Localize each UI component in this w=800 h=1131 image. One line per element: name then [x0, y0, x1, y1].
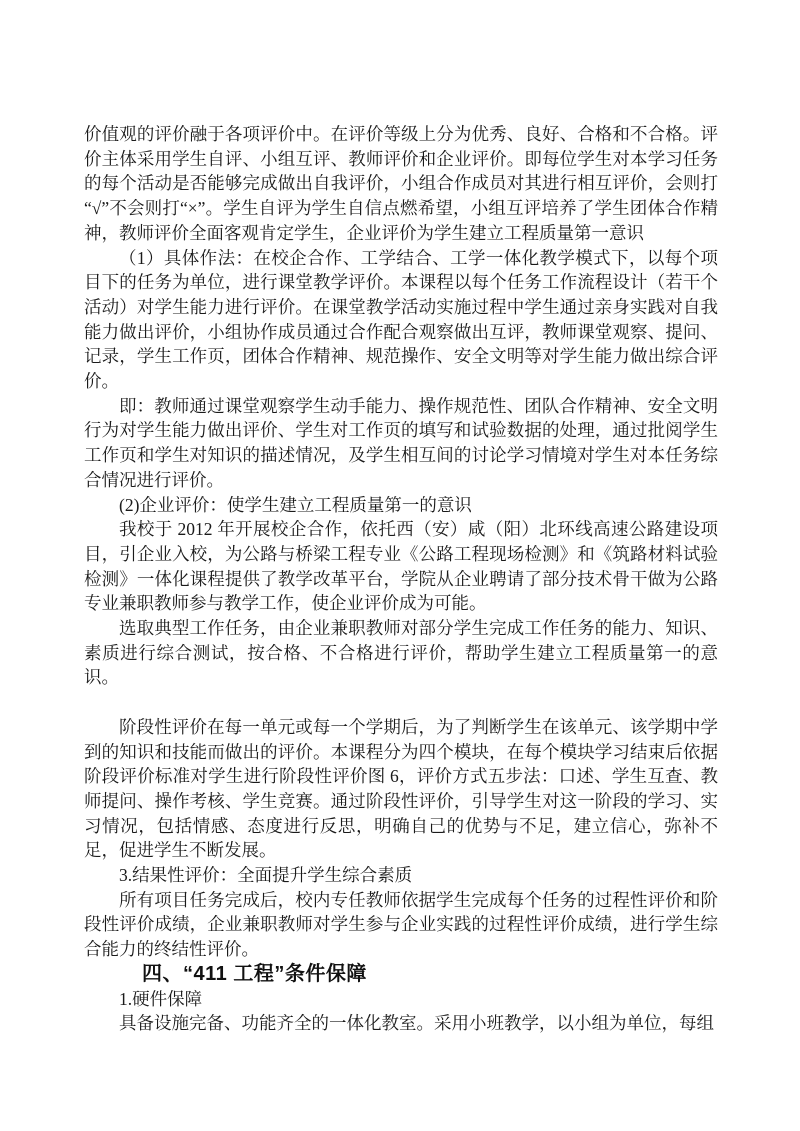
body-paragraph: 具备设施完备、功能齐全的一体化教室。采用小班教学，以小组为单位，每组 — [84, 1011, 718, 1036]
body-paragraph: 所有项目任务完成后，校内专任教师依据学生完成每个任务的过程性评价和阶段性评价成绩… — [84, 888, 718, 962]
body-paragraph: 我校于 2012 年开展校企合作，依托西（安）咸（阳）北环线高速公路建设项目，引… — [84, 517, 718, 616]
body-paragraph: (2)企业评价：使学生建立工程质量第一的意识 — [84, 493, 718, 518]
document-body-text: 价值观的评价融于各项评价中。在评价等级上分为优秀、良好、合格和不合格。评价主体采… — [84, 122, 718, 1036]
body-paragraph: 选取典型工作任务，由企业兼职教师对部分学生完成工作任务的能力、知识、素质进行综合… — [84, 616, 718, 690]
body-paragraph: 3.结果性评价：全面提升学生综合素质 — [84, 863, 718, 888]
blank-line — [84, 690, 718, 715]
body-paragraph: 1.硬件保障 — [84, 987, 718, 1012]
body-paragraph: （1）具体作法：在校企合作、工学结合、工学一体化教学模式下，以每个项目下的任务为… — [84, 246, 718, 394]
section-heading: 四、“411 工程”条件保障 — [84, 962, 718, 987]
body-paragraph: 价值观的评价融于各项评价中。在评价等级上分为优秀、良好、合格和不合格。评价主体采… — [84, 122, 718, 246]
body-paragraph: 即：教师通过课堂观察学生动手能力、操作规范性、团队合作精神、安全文明行为对学生能… — [84, 394, 718, 493]
body-paragraph: 阶段性评价在每一单元或每一个学期后，为了判断学生在该单元、该学期中学到的知识和技… — [84, 715, 718, 863]
document-page: 价值观的评价融于各项评价中。在评价等级上分为优秀、良好、合格和不合格。评价主体采… — [0, 0, 800, 1131]
